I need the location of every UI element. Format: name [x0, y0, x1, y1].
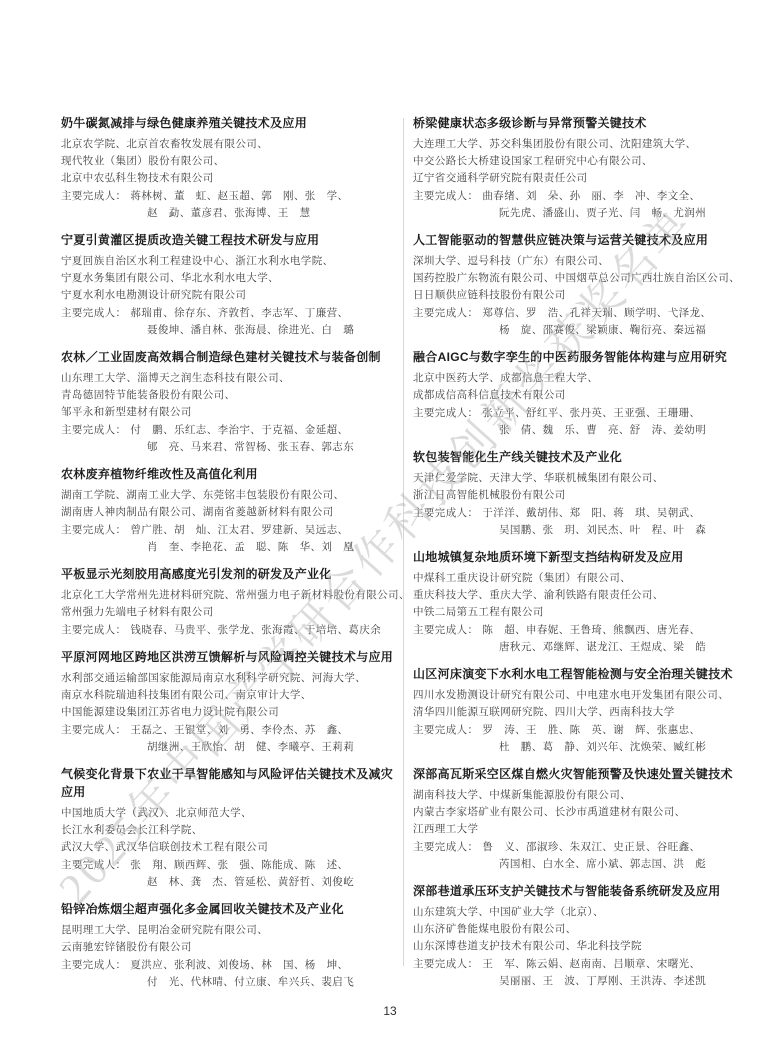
organizations-list: 四川水发勘测设计研究有限公司、中电建水电开发集团有限公司、清华四川能源互联网研究… — [413, 687, 749, 721]
organizations-list: 天津仁爱学院、天津大学、华联机械集团有限公司、浙江日高智能机械股份有限公司 — [413, 470, 749, 504]
organization-line: 宁夏回族自治区水利工程建设中心、浙江水利水电学院、 — [61, 253, 394, 270]
organization-line: 山东济矿鲁能煤电股份有限公司、 — [413, 921, 749, 938]
organizations-list: 北京中医药大学、成都信息工程大学、成都成信高科信息技术有限公司 — [413, 370, 749, 404]
organization-line: 江西理工大学 — [413, 821, 749, 838]
project-title: 软包装智能化生产线关键技术及产业化 — [413, 448, 749, 466]
contributors-line: 主要完成人：鲁 义、邵淑珍、朱双江、史正景、谷旺鑫、 — [413, 839, 749, 856]
organizations-list: 大连理工大学、苏交科集团股份有限公司、沈阳建筑大学、中交公路长大桥建设国家工程研… — [413, 136, 749, 187]
award-entry: 农林废弃植物纤维改性及高值化利用 湖南工学院、湖南工业大学、东莞铭丰包装股份有限… — [61, 465, 394, 556]
contributors-names: 罗 涛、王 胜、陈 英、谢 辉、张惠忠、 — [482, 725, 700, 736]
organization-line: 山东理工大学、淄博天之润生态科技有限公司、 — [61, 370, 394, 387]
project-title: 平原河网地区跨地区洪涝互馈解析与风险调控关键技术与应用 — [61, 648, 394, 666]
contributors-names: 曾广胜、胡 灿、江太君、罗建新、吴远志、 — [130, 525, 348, 536]
contributors-names: 王磊之、王银堂、刘 勇、李伶杰、苏 鑫、 — [130, 725, 348, 736]
contributors-line: 肖 奎、李艳花、孟 聪、陈 华、刘 凰 — [61, 539, 394, 556]
project-title: 平板显示光刻胶用高感度光引发剂的研发及产业化 — [61, 565, 394, 583]
organizations-list: 中国地质大学（武汉）、北京师范大学、长江水利委员会长江科学院、武汉大学、武汉华信… — [61, 805, 394, 856]
organizations-list: 北京化工大学常州先进材料研究院、常州强力电子新材料股份有限公司、常州强力先端电子… — [61, 587, 394, 621]
contributors-line: 主要完成人：曲春绪、刘 朵、孙 丽、李 冲、李文全、 — [413, 188, 749, 205]
organization-line: 北京中农弘科生物技术有限公司 — [61, 170, 394, 187]
project-title: 深部巷道承压环支护关键技术与智能装备系统研发及应用 — [413, 882, 749, 900]
contributors-label: 主要完成人： — [413, 959, 478, 970]
contributors-line: 赵 勐、董彦君、张海博、王 慧 — [61, 205, 394, 222]
contributors-label: 主要完成人： — [413, 508, 478, 519]
contributors-label: 主要完成人： — [413, 191, 478, 202]
document-page: 2025年中国产学研合作科技创新奖获奖名单 奶牛碳氮减排与绿色健康养殖关键技术及… — [0, 0, 780, 1050]
contributors-label: 主要完成人： — [413, 408, 478, 419]
organization-line: 南京水科院瑞迪科技集团有限公司、南京审计大学、 — [61, 687, 394, 704]
contributors-names: 张立平、舒红平、张丹英、王亚强、王珊珊、 — [482, 408, 700, 419]
organization-line: 成都成信高科信息技术有限公司 — [413, 387, 749, 404]
organization-line: 邹平永和新型建材有限公司 — [61, 404, 394, 421]
organizations-list: 北京农学院、北京首农畜牧发展有限公司、现代牧业（集团）股份有限公司、北京中农弘科… — [61, 136, 394, 187]
contributors-line: 唐秋元、邓继辉、谌龙江、王煜成、梁 皓 — [413, 639, 749, 656]
contributors-names: 王 军、陈云娟、赵南南、吕顺章、宋曙光、 — [482, 959, 700, 970]
organization-line: 清华四川能源互联网研究院、四川大学、西南科技大学 — [413, 704, 749, 721]
contributors-names: 鲁 义、邵淑珍、朱双江、史正景、谷旺鑫、 — [482, 842, 700, 853]
project-title: 铅锌冶炼烟尘超声强化多金属回收关键技术及产业化 — [61, 900, 394, 918]
organizations-list: 深圳大学、逗号科技（广东）有限公司、国药控股广东物流有限公司、中国烟草总公司广西… — [413, 253, 749, 304]
organization-line: 辽宁省交通科学研究院有限责任公司 — [413, 170, 749, 187]
contributors-section: 主要完成人：付 鹏、乐红志、李治宇、于克福、金延超、郇 亮、马来君、常智杨、张玉… — [61, 422, 394, 456]
organization-line: 北京化工大学常州先进材料研究院、常州强力电子新材料股份有限公司、 — [61, 587, 394, 604]
project-title: 农林废弃植物纤维改性及高值化利用 — [61, 465, 394, 483]
award-entry: 深部高瓦斯采空区煤自燃火灾智能预警及快速处置关键技术 湖南科技大学、中煤新集能源… — [413, 765, 749, 873]
organization-line: 湖南唐人神肉制品有限公司、湖南省菱越新材料有限公司 — [61, 504, 394, 521]
organization-line: 北京中医药大学、成都信息工程大学、 — [413, 370, 749, 387]
two-column-layout: 奶牛碳氮减排与绿色健康养殖关键技术及应用 北京农学院、北京首农畜牧发展有限公司、… — [61, 112, 749, 998]
project-title: 宁夏引黄灌区提质改造关键工程技术研发与应用 — [61, 231, 394, 249]
contributors-section: 主要完成人：蒋林树、董 虹、赵玉超、郭 刚、张 学、赵 勐、董彦君、张海博、王 … — [61, 188, 394, 222]
organization-line: 湖南科技大学、中煤新集能源股份有限公司、 — [413, 787, 749, 804]
contributors-names: 付 鹏、乐红志、李治宇、于克福、金延超、 — [130, 425, 348, 436]
award-entry: 桥梁健康状态多级诊断与异常预警关键技术 大连理工大学、苏交科集团股份有限公司、沈… — [413, 114, 749, 222]
award-entry: 宁夏引黄灌区提质改造关键工程技术研发与应用 宁夏回族自治区水利工程建设中心、浙江… — [61, 231, 394, 339]
right-column: 桥梁健康状态多级诊断与异常预警关键技术 大连理工大学、苏交科集团股份有限公司、沈… — [413, 112, 749, 998]
contributors-label: 主要完成人： — [413, 308, 478, 319]
contributors-section: 主要完成人：王 军、陈云娟、赵南南、吕顺章、宋曙光、吴丽丽、王 波、丁厚刚、王洪… — [413, 956, 749, 990]
organization-line: 宁夏水务集团有限公司、华北水利水电大学、 — [61, 270, 394, 287]
contributors-line: 杨 旋、邵赛俊、梁颖康、鞠衍亮、秦远福 — [413, 322, 749, 339]
contributors-line: 主要完成人：罗 涛、王 胜、陈 英、谢 辉、张惠忠、 — [413, 722, 749, 739]
contributors-section: 主要完成人：夏洪应、张利波、刘俊场、林 国、杨 坤、付 光、代林晴、付立康、牟兴… — [61, 957, 394, 991]
contributors-names: 夏洪应、张利波、刘俊场、林 国、杨 坤、 — [130, 960, 348, 971]
contributors-section: 主要完成人：郝瑞甫、徐存东、齐敦哲、李志军、丁廉营、聂俊坤、潘自林、张海晨、徐进… — [61, 305, 394, 339]
project-title: 山区河床演变下水利水电工程智能检测与安全治理关键技术 — [413, 665, 749, 683]
organization-line: 中交公路长大桥建设国家工程研究中心有限公司、 — [413, 153, 749, 170]
contributors-label: 主要完成人： — [413, 625, 478, 636]
contributors-names: 郑尊信、罗 浩、孔祥天瑞、顾学明、弋泽龙、 — [482, 308, 711, 319]
contributors-names: 钱晓春、马贵平、张学龙、张海霞、于培培、葛庆余 — [130, 625, 381, 636]
organization-line: 山东建筑大学、中国矿业大学（北京）、 — [413, 904, 749, 921]
award-entry: 软包装智能化生产线关键技术及产业化 天津仁爱学院、天津大学、华联机械集团有限公司… — [413, 448, 749, 539]
organization-line: 长江水利委员会长江科学院、 — [61, 822, 394, 839]
contributors-line: 主要完成人：王磊之、王银堂、刘 勇、李伶杰、苏 鑫、 — [61, 722, 394, 739]
organization-line: 天津仁爱学院、天津大学、华联机械集团有限公司、 — [413, 470, 749, 487]
contributors-names: 张 翔、顾西辉、张 强、陈能成、陈 述、 — [130, 860, 348, 871]
organization-line: 昆明理工大学、昆明冶金研究院有限公司、 — [61, 922, 394, 939]
organization-line: 武汉大学、武汉华信联创技术工程有限公司 — [61, 839, 394, 856]
award-entry: 气候变化背景下农业干旱智能感知与风险评估关键技术及减灾应用 中国地质大学（武汉）… — [61, 765, 394, 891]
organization-line: 常州强力先端电子材料有限公司 — [61, 604, 394, 621]
award-entry: 山区河床演变下水利水电工程智能检测与安全治理关键技术 四川水发勘测设计研究有限公… — [413, 665, 749, 756]
organizations-list: 昆明理工大学、昆明冶金研究院有限公司、云南驰宏锌锗股份有限公司 — [61, 922, 394, 956]
contributors-section: 主要完成人：王磊之、王银堂、刘 勇、李伶杰、苏 鑫、胡继洲、王欣怡、胡 健、李曦… — [61, 722, 394, 756]
contributors-section: 主要完成人：张立平、舒红平、张丹英、王亚强、王珊珊、张 倩、魏 乐、曹 亮、舒 … — [413, 405, 749, 439]
contributors-section: 主要完成人：于洋洋、戴胡伟、郑 阳、蒋 琪、吴朝武、吴国鹏、张 玥、刘民杰、叶 … — [413, 505, 749, 539]
project-title: 人工智能驱动的智慧供应链决策与运营关键技术及应用 — [413, 231, 749, 249]
contributors-section: 主要完成人：曾广胜、胡 灿、江太君、罗建新、吴远志、肖 奎、李艳花、孟 聪、陈 … — [61, 522, 394, 556]
project-title: 奶牛碳氮减排与绿色健康养殖关键技术及应用 — [61, 114, 394, 132]
organization-line: 山东深博巷道支护技术有限公司、华北科技学院 — [413, 938, 749, 955]
contributors-line: 主要完成人：王 军、陈云娟、赵南南、吕顺章、宋曙光、 — [413, 956, 749, 973]
left-column: 奶牛碳氮减排与绿色健康养殖关键技术及应用 北京农学院、北京首农畜牧发展有限公司、… — [61, 112, 394, 998]
organization-line: 水利部交通运输部国家能源局南京水利科学研究院、河海大学、 — [61, 670, 394, 687]
project-title: 融合AIGC与数字孪生的中医药服务智能体构建与应用研究 — [413, 348, 749, 366]
project-title: 山地城镇复杂地质环境下新型支挡结构研发及应用 — [413, 548, 749, 566]
award-entry: 平板显示光刻胶用高感度光引发剂的研发及产业化 北京化工大学常州先进材料研究院、常… — [61, 565, 394, 639]
contributors-names: 于洋洋、戴胡伟、郑 阳、蒋 琪、吴朝武、 — [482, 508, 700, 519]
contributors-label: 主要完成人： — [61, 960, 126, 971]
organization-line: 北京农学院、北京首农畜牧发展有限公司、 — [61, 136, 394, 153]
organization-line: 云南驰宏锌锗股份有限公司 — [61, 939, 394, 956]
organizations-list: 山东理工大学、淄博天之润生态科技有限公司、青岛德固特节能装备股份有限公司、邹平永… — [61, 370, 394, 421]
contributors-label: 主要完成人： — [61, 725, 126, 736]
contributors-names: 陈 超、申春妮、王鲁琦、熊飘西、唐光春、 — [482, 625, 700, 636]
award-entry: 山地城镇复杂地质环境下新型支挡结构研发及应用 中煤科工重庆设计研究院（集团）有限… — [413, 548, 749, 656]
contributors-line: 主要完成人：蒋林树、董 虹、赵玉超、郭 刚、张 学、 — [61, 188, 394, 205]
organization-line: 中铁二局第五工程有限公司 — [413, 604, 749, 621]
contributors-label: 主要完成人： — [413, 842, 478, 853]
award-entry: 融合AIGC与数字孪生的中医药服务智能体构建与应用研究 北京中医药大学、成都信息… — [413, 348, 749, 439]
contributors-line: 付 光、代林晴、付立康、牟兴兵、裴启飞 — [61, 974, 394, 991]
organization-line: 现代牧业（集团）股份有限公司、 — [61, 153, 394, 170]
organization-line: 青岛德固特节能装备股份有限公司、 — [61, 387, 394, 404]
contributors-line: 主要完成人：付 鹏、乐红志、李治宇、于克福、金延超、 — [61, 422, 394, 439]
contributors-line: 阮先虎、潘盛山、贾子光、闫 畅、尤润州 — [413, 205, 749, 222]
contributors-line: 聂俊坤、潘自林、张海晨、徐进光、白 璐 — [61, 322, 394, 339]
contributors-section: 主要完成人：郑尊信、罗 浩、孔祥天瑞、顾学明、弋泽龙、杨 旋、邵赛俊、梁颖康、鞠… — [413, 305, 749, 339]
contributors-line: 杜 鹏、葛 静、刘兴年、沈焕荣、臧红彬 — [413, 739, 749, 756]
award-entry: 平原河网地区跨地区洪涝互馈解析与风险调控关键技术与应用 水利部交通运输部国家能源… — [61, 648, 394, 756]
contributors-section: 主要完成人：钱晓春、马贵平、张学龙、张海霞、于培培、葛庆余 — [61, 622, 394, 639]
contributors-line: 吴国鹏、张 玥、刘民杰、叶 程、叶 森 — [413, 522, 749, 539]
contributors-line: 主要完成人：张立平、舒红平、张丹英、王亚强、王珊珊、 — [413, 405, 749, 422]
project-title: 桥梁健康状态多级诊断与异常预警关键技术 — [413, 114, 749, 132]
award-entry: 人工智能驱动的智慧供应链决策与运营关键技术及应用 深圳大学、逗号科技（广东）有限… — [413, 231, 749, 339]
contributors-names: 曲春绪、刘 朵、孙 丽、李 冲、李文全、 — [482, 191, 700, 202]
organization-line: 浙江日高智能机械股份有限公司 — [413, 487, 749, 504]
organization-line: 日日顺供应链科技股份有限公司 — [413, 287, 749, 304]
contributors-line: 主要完成人：钱晓春、马贵平、张学龙、张海霞、于培培、葛庆余 — [61, 622, 394, 639]
organization-line: 重庆科技大学、重庆大学、渝利铁路有限责任公司、 — [413, 587, 749, 604]
award-entry: 农林／工业固废高效耦合制造绿色建材关键技术与装备创制 山东理工大学、淄博天之润生… — [61, 348, 394, 456]
organization-line: 内蒙古李家塔矿业有限公司、长沙市禹道建材有限公司、 — [413, 804, 749, 821]
contributors-line: 张 倩、魏 乐、曹 亮、舒 涛、姜幼明 — [413, 422, 749, 439]
award-entry: 深部巷道承压环支护关键技术与智能装备系统研发及应用 山东建筑大学、中国矿业大学（… — [413, 882, 749, 990]
contributors-line: 主要完成人：夏洪应、张利波、刘俊场、林 国、杨 坤、 — [61, 957, 394, 974]
contributors-line: 主要完成人：郝瑞甫、徐存东、齐敦哲、李志军、丁廉营、 — [61, 305, 394, 322]
contributors-line: 主要完成人：张 翔、顾西辉、张 强、陈能成、陈 述、 — [61, 857, 394, 874]
organizations-list: 湖南工学院、湖南工业大学、东莞铭丰包装股份有限公司、湖南唐人神肉制品有限公司、湖… — [61, 487, 394, 521]
contributors-section: 主要完成人：陈 超、申春妮、王鲁琦、熊飘西、唐光春、唐秋元、邓继辉、谌龙江、王煜… — [413, 622, 749, 656]
organization-line: 中煤科工重庆设计研究院（集团）有限公司、 — [413, 570, 749, 587]
contributors-label: 主要完成人： — [61, 860, 126, 871]
organizations-list: 中煤科工重庆设计研究院（集团）有限公司、重庆科技大学、重庆大学、渝利铁路有限责任… — [413, 570, 749, 621]
award-entry: 奶牛碳氮减排与绿色健康养殖关键技术及应用 北京农学院、北京首农畜牧发展有限公司、… — [61, 114, 394, 222]
organizations-list: 宁夏回族自治区水利工程建设中心、浙江水利水电学院、宁夏水务集团有限公司、华北水利… — [61, 253, 394, 304]
contributors-names: 蒋林树、董 虹、赵玉超、郭 刚、张 学、 — [130, 191, 348, 202]
contributors-line: 主要完成人：郑尊信、罗 浩、孔祥天瑞、顾学明、弋泽龙、 — [413, 305, 749, 322]
organization-line: 四川水发勘测设计研究有限公司、中电建水电开发集团有限公司、 — [413, 687, 749, 704]
contributors-line: 芮国相、白水全、席小斌、郭志国、洪 彪 — [413, 856, 749, 873]
organization-line: 湖南工学院、湖南工业大学、东莞铭丰包装股份有限公司、 — [61, 487, 394, 504]
project-title: 深部高瓦斯采空区煤自燃火灾智能预警及快速处置关键技术 — [413, 765, 749, 783]
project-title: 农林／工业固废高效耦合制造绿色建材关键技术与装备创制 — [61, 348, 394, 366]
organizations-list: 山东建筑大学、中国矿业大学（北京）、山东济矿鲁能煤电股份有限公司、山东深博巷道支… — [413, 904, 749, 955]
organizations-list: 湖南科技大学、中煤新集能源股份有限公司、内蒙古李家塔矿业有限公司、长沙市禹道建材… — [413, 787, 749, 838]
contributors-label: 主要完成人： — [61, 308, 126, 319]
organization-line: 深圳大学、逗号科技（广东）有限公司、 — [413, 253, 749, 270]
organization-line: 大连理工大学、苏交科集团股份有限公司、沈阳建筑大学、 — [413, 136, 749, 153]
contributors-section: 主要完成人：张 翔、顾西辉、张 强、陈能成、陈 述、赵 林、龚 杰、管延松、黄舒… — [61, 857, 394, 891]
contributors-label: 主要完成人： — [413, 725, 478, 736]
organization-line: 中国地质大学（武汉）、北京师范大学、 — [61, 805, 394, 822]
contributors-line: 郇 亮、马来君、常智杨、张玉春、郭志东 — [61, 439, 394, 456]
award-entry: 铅锌冶炼烟尘超声强化多金属回收关键技术及产业化 昆明理工大学、昆明冶金研究院有限… — [61, 900, 394, 991]
organizations-list: 水利部交通运输部国家能源局南京水利科学研究院、河海大学、南京水科院瑞迪科技集团有… — [61, 670, 394, 721]
contributors-line: 主要完成人：曾广胜、胡 灿、江太君、罗建新、吴远志、 — [61, 522, 394, 539]
contributors-label: 主要完成人： — [61, 191, 126, 202]
contributors-line: 主要完成人：陈 超、申春妮、王鲁琦、熊飘西、唐光春、 — [413, 622, 749, 639]
contributors-section: 主要完成人：曲春绪、刘 朵、孙 丽、李 冲、李文全、阮先虎、潘盛山、贾子光、闫 … — [413, 188, 749, 222]
contributors-label: 主要完成人： — [61, 625, 126, 636]
contributors-names: 郝瑞甫、徐存东、齐敦哲、李志军、丁廉营、 — [130, 308, 348, 319]
contributors-label: 主要完成人： — [61, 425, 126, 436]
contributors-line: 主要完成人：于洋洋、戴胡伟、郑 阳、蒋 琪、吴朝武、 — [413, 505, 749, 522]
organization-line: 中国能源建设集团江苏省电力设计院有限公司 — [61, 704, 394, 721]
organization-line: 宁夏水利水电勘测设计研究院有限公司 — [61, 287, 394, 304]
contributors-section: 主要完成人：罗 涛、王 胜、陈 英、谢 辉、张惠忠、杜 鹏、葛 静、刘兴年、沈焕… — [413, 722, 749, 756]
contributors-line: 吴丽丽、王 波、丁厚刚、王洪涛、李述凯 — [413, 973, 749, 990]
contributors-section: 主要完成人：鲁 义、邵淑珍、朱双江、史正景、谷旺鑫、芮国相、白水全、席小斌、郭志… — [413, 839, 749, 873]
contributors-line: 胡继洲、王欣怡、胡 健、李曦亭、王莉莉 — [61, 739, 394, 756]
page-number: 13 — [0, 1004, 780, 1018]
contributors-label: 主要完成人： — [61, 525, 126, 536]
contributors-line: 赵 林、龚 杰、管延松、黄舒哲、刘俊屹 — [61, 874, 394, 891]
organization-line: 国药控股广东物流有限公司、中国烟草总公司广西壮族自治区公司、 — [413, 270, 749, 287]
project-title: 气候变化背景下农业干旱智能感知与风险评估关键技术及减灾应用 — [61, 765, 394, 801]
